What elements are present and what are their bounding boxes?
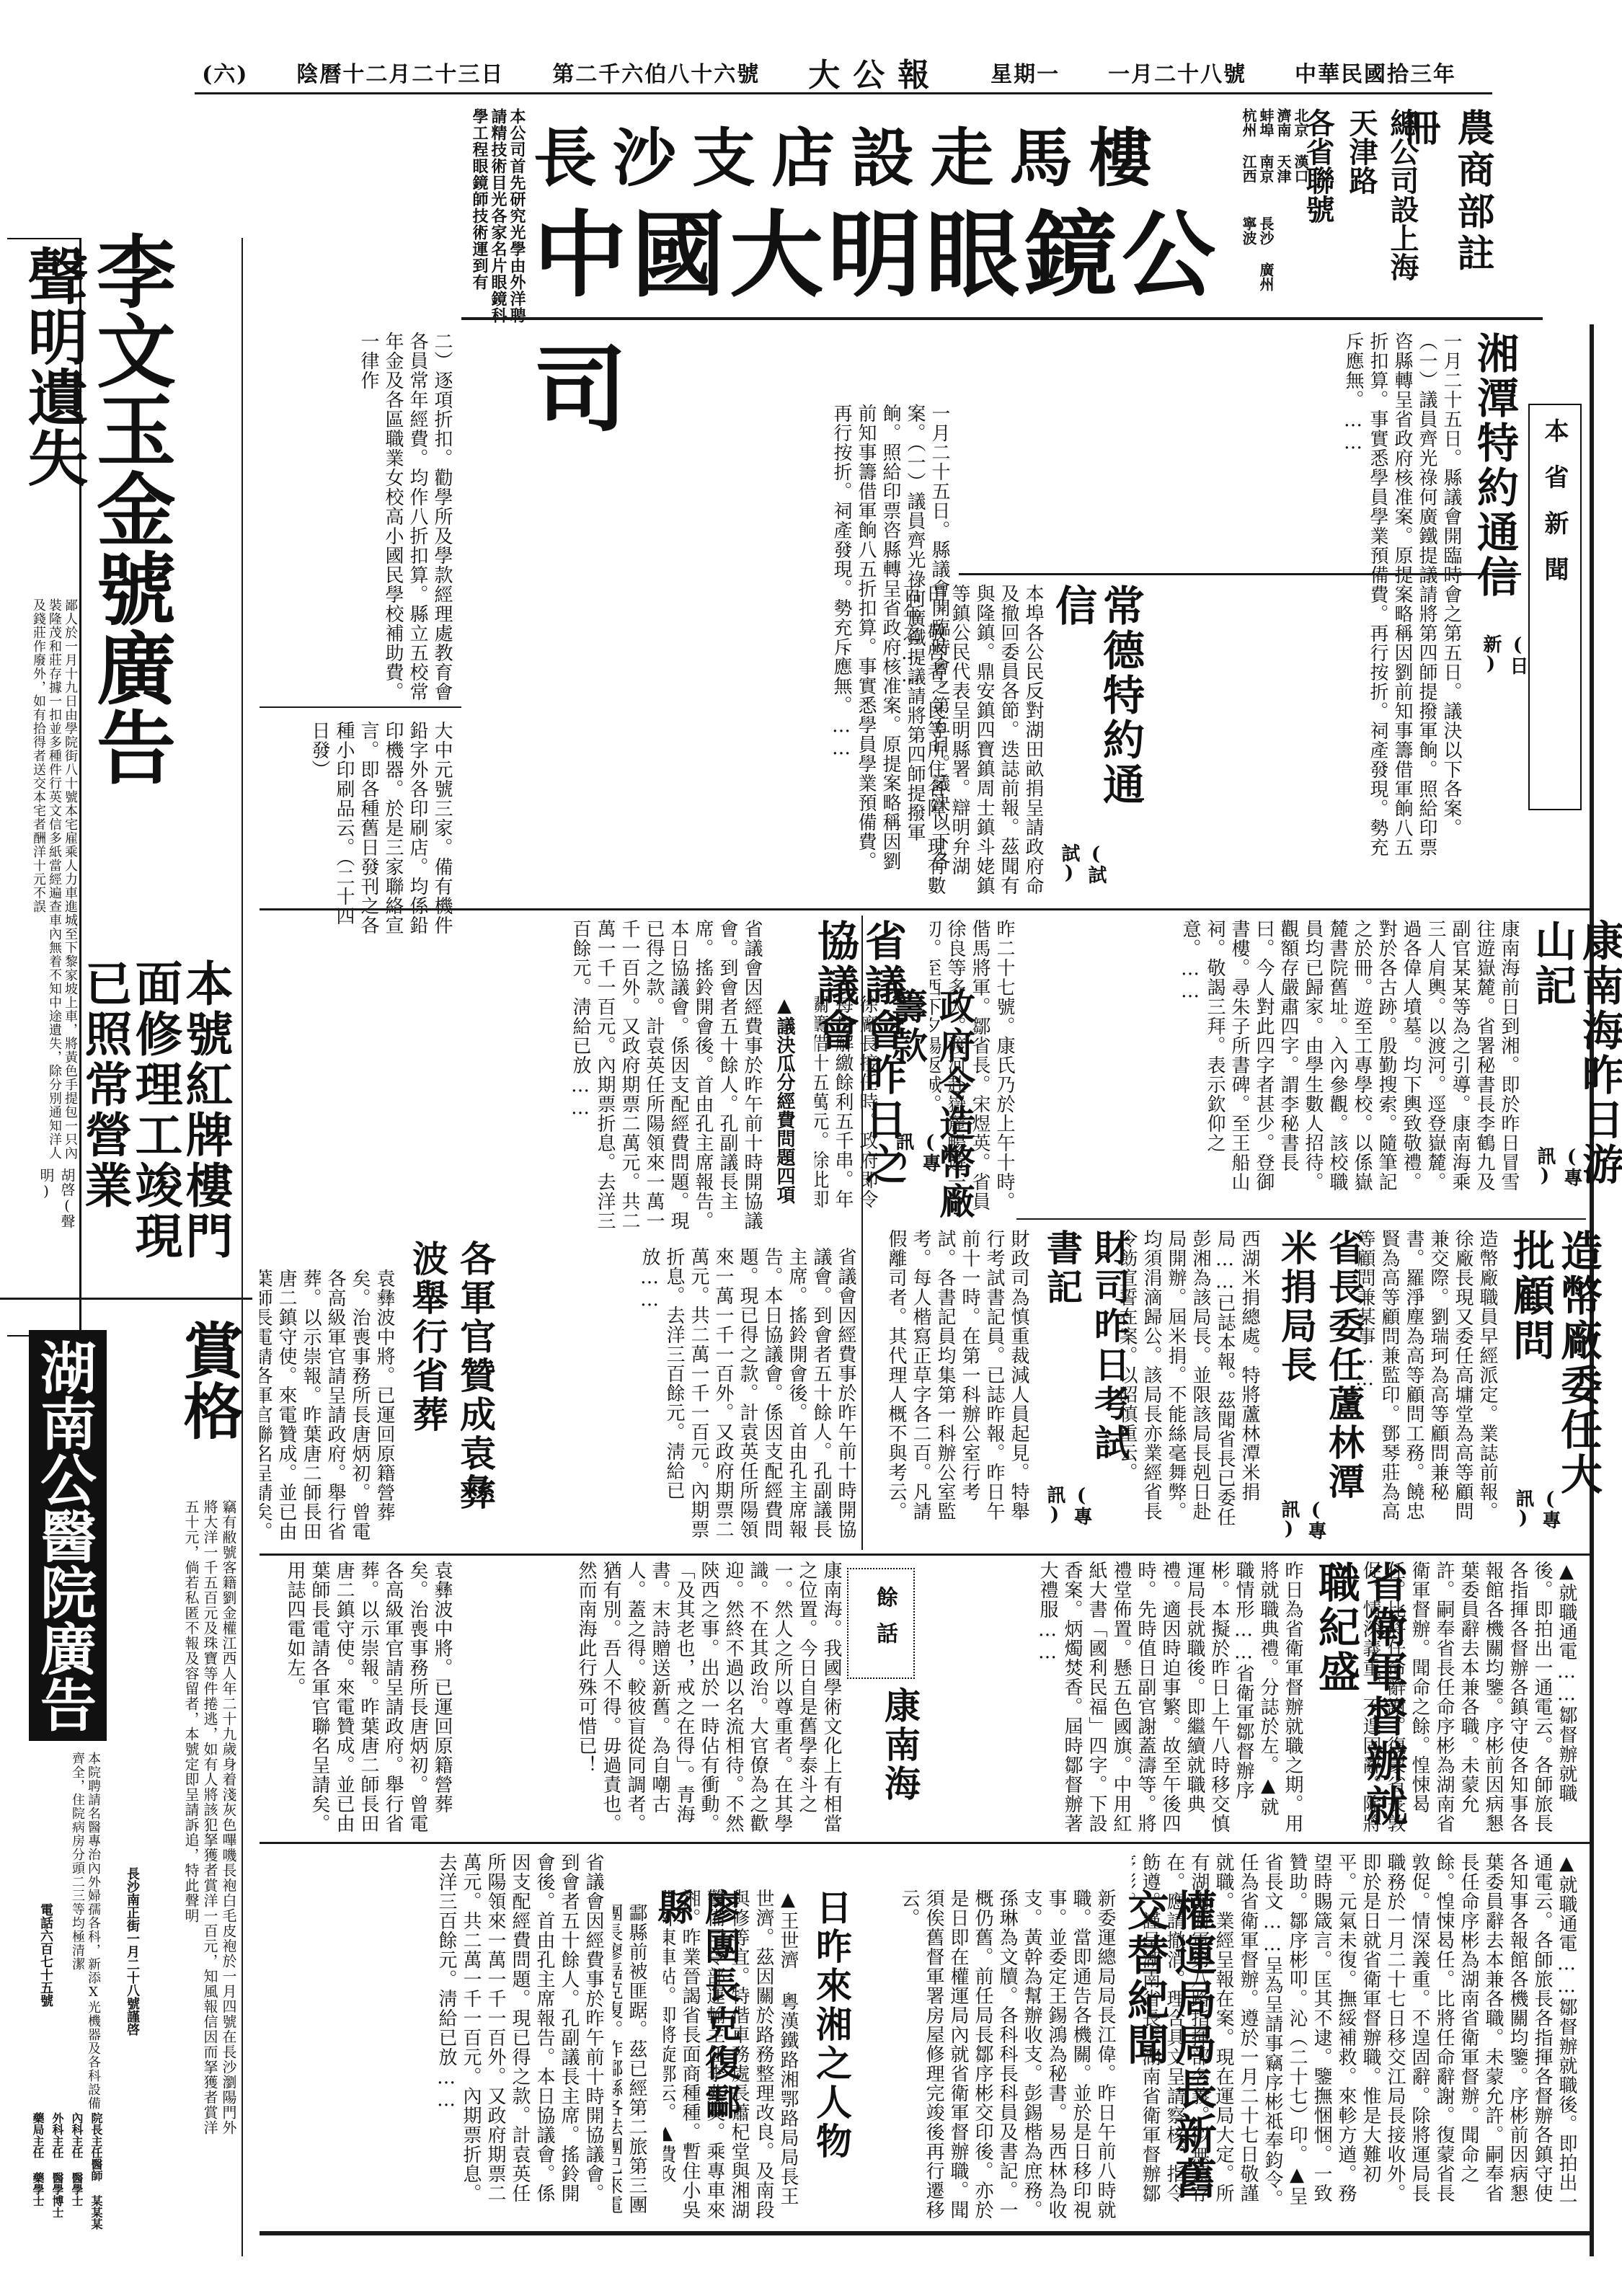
- subtitle-provincial-assembly: ▲議決瓜分經費問題四項: [771, 995, 798, 1225]
- source-finance-exam: (專訊): [1042, 1485, 1095, 1543]
- headline-xiangtan: 湘潭特約通信: [1471, 332, 1518, 634]
- article-dispatch-chief-body: 新委運總局局長江偉。昨日午前八時就職。當即通告各機關。並於是日移印視事。並委定王…: [851, 1889, 1117, 2220]
- article-provincial-assembly-body-continued: 省議會因經費事於昨午前十時開協議會。到會者五十餘人。孔副議長主席。搖鈴開會後。首…: [469, 1247, 858, 1550]
- headline-arrivals: 日昨來湘之人物: [807, 1889, 855, 2163]
- lost-notice-body: 鄙人於一月十九日由學院街八十號本宅雇乘人力車進城至下黎家坡上車，將黃色手提包一只…: [10, 598, 78, 1161]
- weekday: 星期一: [991, 56, 1060, 88]
- hospital-phone: 電話六百七十五號: [36, 1903, 55, 2083]
- kang-article-divider: [1016, 1218, 1586, 1220]
- article-provincial-assembly-body: 省議會因經費事於昨午前十時開協議會。到會者五十餘人。孔副議長主席。搖鈴開會後。首…: [260, 919, 764, 1236]
- article-kang-youwei-hill-body: 康南海前日到湘。即於昨日冒雪往遊嶽麓。省署秘書長李鶴九及副官某某等為之引導。康南…: [1024, 919, 1521, 1207]
- headline-mint-advisors: 造幣廠委任大批顧問: [1507, 1229, 1602, 1532]
- section-label: 本省新聞: [1537, 418, 1572, 793]
- headline-changde: 常德特約通信: [1049, 584, 1144, 843]
- headline-defense-inauguration: 省衛軍督辦就職紀盛: [1312, 1561, 1407, 1835]
- li-wenyu-ad-body: 本號紅牌樓門面修理工竣現已照常營業: [87, 959, 231, 1276]
- masthead-rule: [195, 92, 1492, 94]
- dense-column-b: 大中元號三家。備有機件鉛字外各印刷店。均係鉛印機器。於是三家聯絡宣言。即各種舊日…: [288, 721, 454, 937]
- lunar-date: 陰曆十二月二十三日: [296, 56, 504, 88]
- source-xiangtan: (日新): [1478, 634, 1531, 706]
- article-finance-exam-body: 財政司為慎重裁減人員起見。特舉行考試書記員。已誌昨報。昨日午前十一時。在第一科辦…: [865, 1229, 1031, 1539]
- row3-bottom-rule: [260, 1842, 1590, 1844]
- top-ad-bottom-rule: [461, 317, 1543, 320]
- article-changde-body: 本埠各公民反對湖田畝捐呈請政府命及撤回委員各節。迭誌前報。茲聞有與隆鎮。鼎安鎮四…: [815, 584, 1045, 901]
- source-changde: (試試): [1056, 843, 1109, 901]
- hospital-staff-item: 內科主任 醫學士: [68, 2112, 85, 2271]
- xiangtan-divider: [959, 573, 1521, 575]
- hospital-staff-list: 院長主任醫師 某某某 內科主任 醫學士 外科主任 醫學博士 藥局主任 藥學士: [40, 2112, 105, 2271]
- hospital-ad-title: 湖南公醫院廣告: [29, 1330, 107, 1741]
- page-bottom-rule: [260, 2231, 1590, 2235]
- paper-name: 大公報: [808, 49, 942, 95]
- left-column-rule: [241, 238, 243, 2256]
- page-number: (六): [202, 56, 248, 88]
- headline-dispatch-chief: 權運局局長新舊交替紀聞: [1121, 1889, 1216, 2220]
- masthead: 中華民國拾三年 一月二十八號 星期一 大公報 第二千六伯八十六號 陰曆十二月二十…: [202, 58, 1456, 87]
- headline-rice-bureau: 省長委任蘆林潭米捐局長: [1272, 1229, 1368, 1503]
- headline-finance-exam: 財司昨日考試書記: [1038, 1229, 1133, 1489]
- reward-body: 竊有敝號客籍劉金權江西人年二十九歲身着淺灰色嗶嘰長袍白毛皮袍於一月四號在長沙瀏陽…: [159, 1499, 238, 2148]
- article-row4-left-body: 省議會因經費事於昨午前十時開協議會。到會者五十餘人。孔副議長主席。搖鈴開會後。首…: [260, 1853, 606, 2220]
- source-rice-bureau: (專訊): [1276, 1499, 1329, 1543]
- roc-date: 中華民國拾三年: [1295, 56, 1456, 88]
- dense-column-a: 二）逐項折扣。勸學所及學款經理處教育會各員常年經費。均作八折扣算。縣立五校常年金…: [288, 332, 454, 706]
- article-officers-support-continued: 袁彝波中將。已運回原籍營葬矣。治喪事務所長唐炳初。曾電各高級軍官請呈請政府。舉行…: [260, 1561, 454, 1835]
- row2-bottom-rule: [260, 1553, 1590, 1556]
- head-office-label: 總公司設上海天津路: [1341, 108, 1423, 296]
- branch-list-2: 長沙 廣州 寧波: [1240, 216, 1275, 296]
- article-defense-inauguration-body: 昨日為省衛軍督辦就職之期。用將就職典禮。分誌於左。▲就職情形……省衛軍鄒督辦序彬…: [937, 1561, 1305, 1835]
- headline-provincial-assembly: 省議會昨日之協議會: [811, 919, 906, 1222]
- hospital-staff-item: 藥局主任 藥學士: [30, 2112, 46, 2271]
- article-officers-support-body: 袁彝波中將。已運回原籍營葬矣。治喪事務所長唐炳初。曾電各高級軍官請呈請政府。舉行…: [260, 1269, 396, 1557]
- row1-bottom-rule: [260, 908, 1590, 910]
- reward-signer: 長沙南正街一月二十八號謹啓: [123, 1867, 141, 2242]
- headline-officers-support: 各軍官贊成袁彝波舉行省葬: [404, 1240, 499, 1543]
- ad-side-copy: 本公司首先研究光學由外洋聘請精技術目光各家名片眼鏡科學工程眼鏡師技術運到有: [433, 108, 526, 324]
- headline-kang-nanhai-essay: 康南海: [876, 1687, 923, 1831]
- yuhua-column-label: 餘話: [869, 1586, 900, 1665]
- branch-list-1: 北京 漢口 濟南 天津 蚌埠 南京 杭州 江西: [1240, 108, 1309, 209]
- hospital-ad-body: 本院聘請名醫專治內外婦孺各科，新添X光機器及各科設備齊全，住院病房分頭二三等均極…: [50, 1752, 101, 2112]
- gregorian-date: 一月二十八號: [1108, 56, 1246, 88]
- left-ads-divider: [0, 1298, 252, 1300]
- hospital-staff-item: 院長主任醫師 某某某: [88, 2112, 105, 2271]
- issue-number: 第二千六伯八十六號: [552, 56, 760, 88]
- lost-notice-signature: 胡啓(聲明): [36, 1168, 78, 1254]
- article-kang-nanhai-essay-body: 康南海。我國學術文化上有相當之位置。今日自是舊學泰斗之一。然人之所以尊重者。在其…: [461, 1561, 843, 1835]
- row1-left-divider: [260, 706, 461, 708]
- article-liao-regiment-body: 酃縣前被匪踞。茲已經第二旅第三團團長廖磊克復。昨酃縣各法團已來電如左。: [613, 1903, 649, 2220]
- source-mint-advisors: (專訊): [1510, 1489, 1564, 1546]
- source-kang-youwei-hill: (專訊): [1532, 1146, 1585, 1211]
- li-wenyu-ad-title: 李文玉金號廣告: [90, 231, 169, 952]
- headline-liao-regiment: 廖團長克復酃縣: [649, 1889, 744, 2134]
- hospital-staff-item: 外科主任 醫學博士: [49, 2112, 66, 2271]
